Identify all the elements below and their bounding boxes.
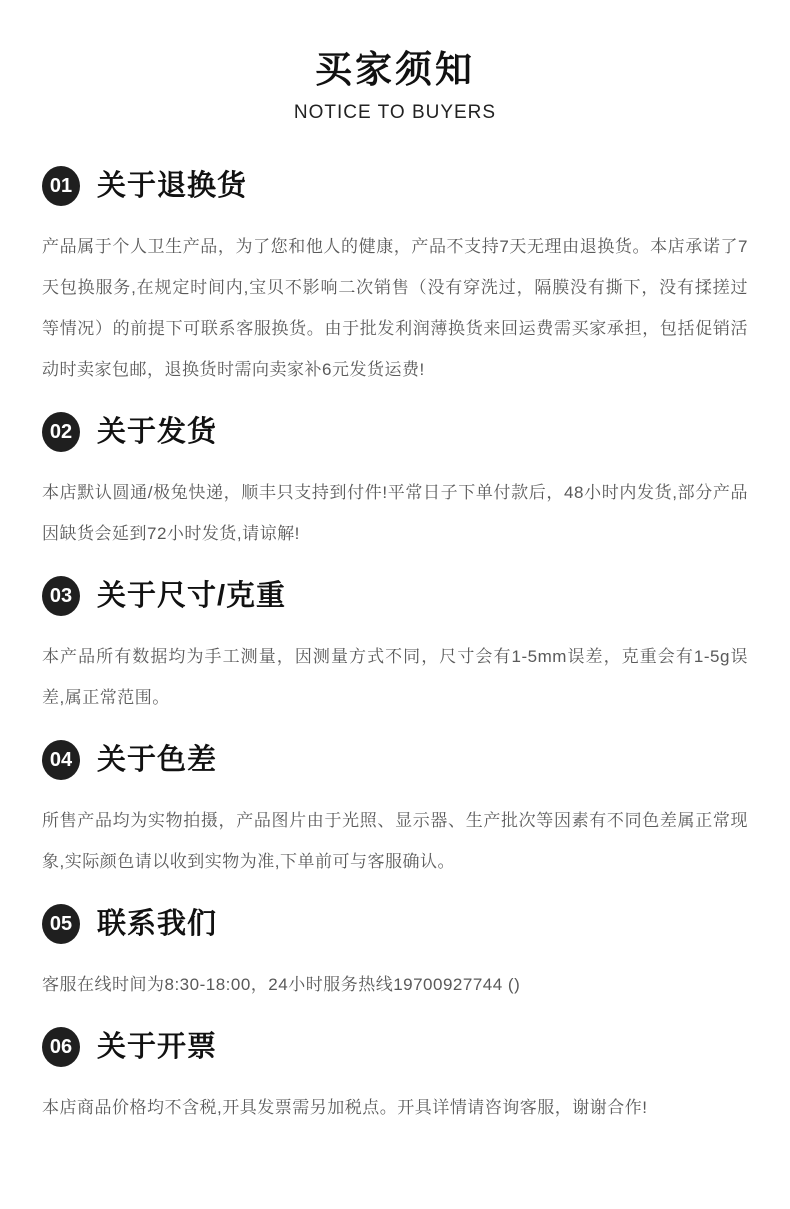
section-number-badge: 06 (42, 1027, 80, 1067)
section-shipping-header: 02 关于发货 (42, 412, 748, 452)
section-number-badge: 04 (42, 740, 80, 780)
notice-sections: 01 关于退换货 产品属于个人卫生产品，为了您和他人的健康，产品不支持7天无理由… (42, 166, 748, 1128)
section-color-difference: 04 关于色差 所售产品均为实物拍摄，产品图片由于光照、显示器、生产批次等因素有… (42, 740, 748, 882)
section-number-badge: 01 (42, 166, 80, 206)
section-number-badge: 05 (42, 904, 80, 944)
section-title: 联系我们 (97, 904, 217, 944)
section-contact-us: 05 联系我们 客服在线时间为8:30-18:00，24小时服务热线197009… (42, 904, 748, 1005)
section-size-weight: 03 关于尺寸/克重 本产品所有数据均为手工测量，因测量方式不同，尺寸会有1-5… (42, 576, 748, 718)
section-body-text: 客服在线时间为8:30-18:00，24小时服务热线19700927744 () (42, 964, 748, 1005)
section-title: 关于色差 (97, 740, 217, 780)
section-title: 关于退换货 (97, 166, 247, 206)
section-body-text: 所售产品均为实物拍摄，产品图片由于光照、显示器、生产批次等因素有不同色差属正常现… (42, 800, 748, 882)
section-shipping: 02 关于发货 本店默认圆通/极兔快递，顺丰只支持到付件!平常日子下单付款后，4… (42, 412, 748, 554)
page-header: 买家须知 NOTICE TO BUYERS (0, 0, 790, 124)
section-body-text: 产品属于个人卫生产品，为了您和他人的健康，产品不支持7天无理由退换货。本店承诺了… (42, 226, 748, 390)
section-body-text: 本店默认圆通/极兔快递，顺丰只支持到付件!平常日子下单付款后，48小时内发货,部… (42, 472, 748, 554)
section-body-text: 本店商品价格均不含税,开具发票需另加税点。开具详情请咨询客服，谢谢合作! (42, 1087, 748, 1128)
buyer-notice-page: 买家须知 NOTICE TO BUYERS 01 关于退换货 产品属于个人卫生产… (0, 0, 790, 1209)
section-size-weight-header: 03 关于尺寸/克重 (42, 576, 748, 616)
page-subtitle: NOTICE TO BUYERS (0, 102, 790, 124)
section-title: 关于尺寸/克重 (97, 576, 286, 616)
section-invoicing: 06 关于开票 本店商品价格均不含税,开具发票需另加税点。开具详情请咨询客服，谢… (42, 1027, 748, 1128)
section-body-text: 本产品所有数据均为手工测量，因测量方式不同，尺寸会有1-5mm误差，克重会有1-… (42, 636, 748, 718)
section-contact-us-header: 05 联系我们 (42, 904, 748, 944)
section-title: 关于发货 (97, 412, 217, 452)
section-returns-header: 01 关于退换货 (42, 166, 748, 206)
section-number-badge: 02 (42, 412, 80, 452)
section-color-difference-header: 04 关于色差 (42, 740, 748, 780)
section-title: 关于开票 (97, 1027, 217, 1067)
page-title: 买家须知 (0, 48, 790, 92)
section-invoicing-header: 06 关于开票 (42, 1027, 748, 1067)
section-returns: 01 关于退换货 产品属于个人卫生产品，为了您和他人的健康，产品不支持7天无理由… (42, 166, 748, 390)
section-number-badge: 03 (42, 576, 80, 616)
